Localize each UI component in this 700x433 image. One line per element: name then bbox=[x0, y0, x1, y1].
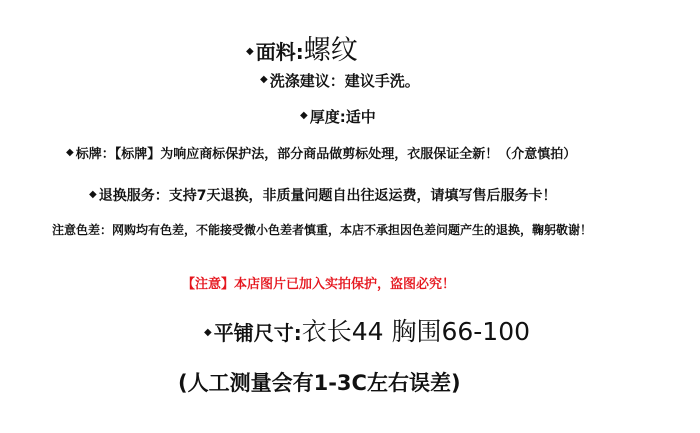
washing-value: 建议手洗。 bbox=[345, 72, 420, 90]
diamond-bullet-icon: ◆ bbox=[246, 46, 254, 57]
diamond-bullet-icon: ◆ bbox=[300, 110, 308, 121]
diamond-bullet-icon: ◆ bbox=[66, 147, 74, 158]
diamond-bullet-icon: ◆ bbox=[204, 327, 212, 338]
diamond-bullet-icon: ◆ bbox=[260, 74, 268, 85]
return-service-label: 退换服务： bbox=[99, 188, 169, 204]
tag-value: 【标牌】为响应商标保护法，部分商品做剪标处理，衣服保证全新！（介意慎拍） bbox=[115, 147, 577, 162]
fabric-label: 面料: bbox=[256, 40, 304, 64]
flat-size-value: 衣长44 胸围66-100 bbox=[302, 317, 530, 346]
notice-line: 【注意】本店图片已加入实拍保护，盗图必究！ bbox=[182, 273, 455, 292]
measurement-note: (人工测量会有1-3C左右误差) bbox=[178, 367, 461, 397]
color-note-value: 网购均有色差，不能接受微小色差者慎重，本店不承担因色差问题产生的退换，鞠躬敬谢！ bbox=[112, 223, 592, 237]
washing-line: ◆洗涤建议：建议手洗。 bbox=[260, 70, 420, 91]
diamond-bullet-icon: ◆ bbox=[89, 189, 97, 200]
thickness-value: 适中 bbox=[346, 108, 376, 126]
flat-size-line: ◆平铺尺寸:衣长44 胸围66-100 bbox=[204, 312, 530, 348]
flat-size-label: 平铺尺寸: bbox=[214, 321, 302, 345]
return-service-line: ◆退换服务：支持7天退换，非质量问题自出往返运费，请填写售后服务卡！ bbox=[89, 185, 556, 205]
fabric-line: ◆面料:螺纹 bbox=[246, 28, 358, 67]
fabric-value: 螺纹 bbox=[304, 35, 358, 66]
tag-line: ◆标牌：【标牌】为响应商标保护法，部分商品做剪标处理，衣服保证全新！（介意慎拍） bbox=[66, 143, 576, 162]
tag-label: 标牌： bbox=[76, 147, 115, 162]
color-note-line: 注意色差：网购均有色差，不能接受微小色差者慎重，本店不承担因色差问题产生的退换，… bbox=[52, 221, 592, 238]
washing-label: 洗涤建议： bbox=[270, 72, 345, 90]
return-service-value: 支持7天退换，非质量问题自出往返运费，请填写售后服务卡！ bbox=[169, 188, 557, 204]
color-note-label: 注意色差： bbox=[52, 223, 112, 237]
thickness-line: ◆厚度:适中 bbox=[300, 106, 376, 127]
thickness-label: 厚度: bbox=[310, 108, 346, 126]
